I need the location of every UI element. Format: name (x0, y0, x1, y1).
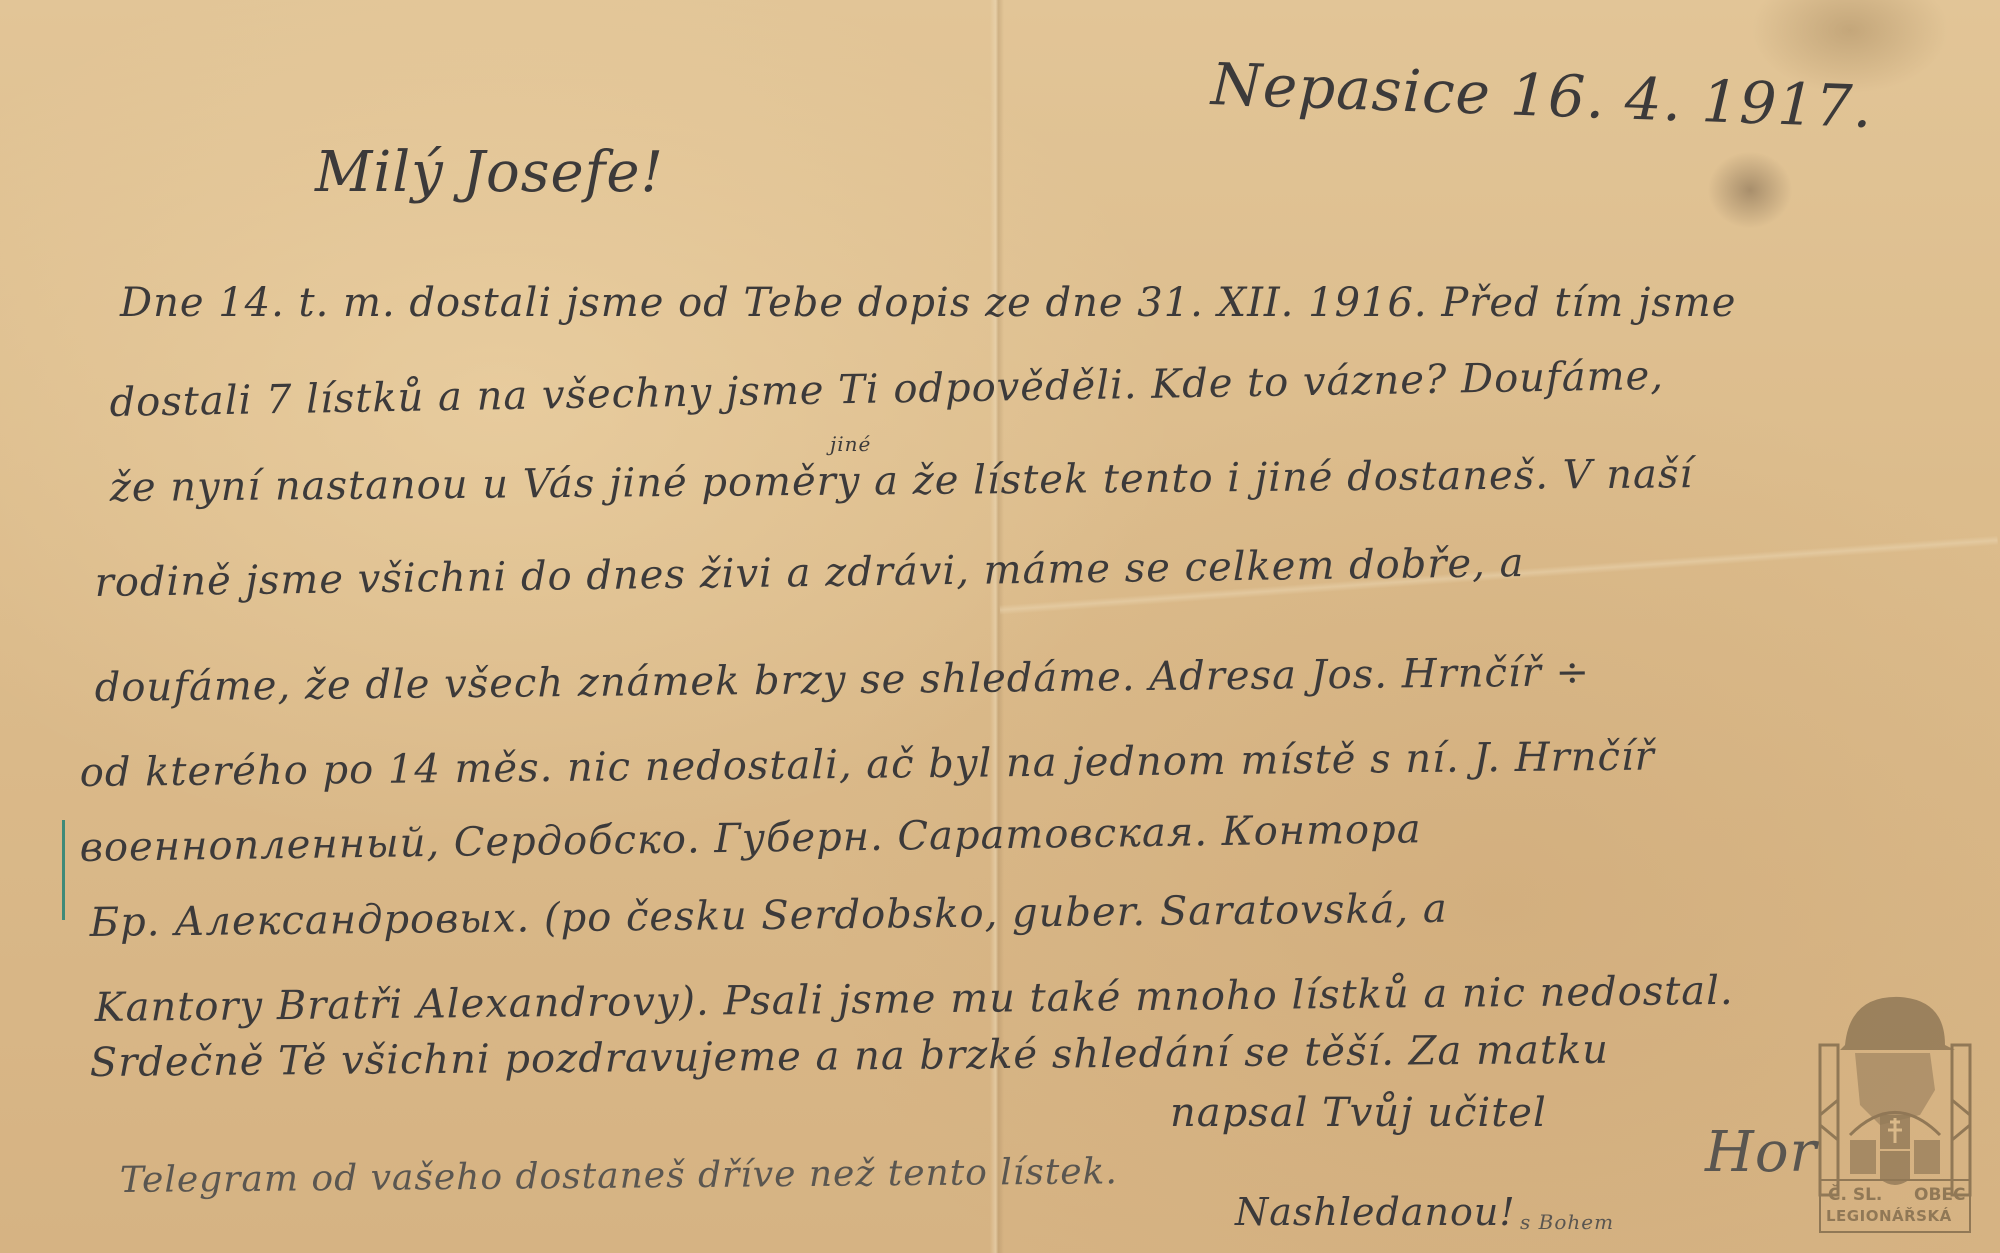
salutation: Milý Josefe! (315, 140, 664, 205)
watermark-line-2: LEGIONÁŘSKÁ (1826, 1207, 1952, 1225)
letter-line-10: Srdečně Tě všichni pozdravujeme a na brz… (90, 1027, 1609, 1086)
letter-line-2: dostali 7 lístků a na všechny jsme Ti od… (109, 353, 1664, 426)
signature: napsal Tvůj učitel (1170, 1090, 1547, 1136)
watermark-line-1-left: Č. SL. (1828, 1185, 1882, 1205)
letter-line-7-cyrillic: военнопленный, Сердобско. Губерн. Сарато… (79, 806, 1421, 871)
legion-watermark-logo: Č. SL. OBEC LEGIONÁŘSKÁ (1810, 975, 1980, 1235)
letter-line-1: Dne 14. t. m. dostali jsme od Tebe dopis… (120, 280, 1736, 326)
letter-line-4: rodině jsme všichni do dnes živi a zdráv… (94, 540, 1524, 606)
farewell-note: s Bohem (1520, 1210, 1614, 1234)
margin-mark (62, 820, 65, 920)
letter-line-8: Бр. Александровых. (po česku Serdobsko, … (90, 886, 1448, 946)
letter-line-11-postscript: Telegram od vašeho dostaneš dříve než te… (120, 1151, 1118, 1201)
letter-line-5: doufáme, že dle všech známek brzy se shl… (95, 649, 1591, 711)
interlinear-insertion: jiné (830, 432, 871, 456)
farewell: Nashledanou! (1235, 1190, 1516, 1234)
place-date: Nepasice 16. 4. 1917. (1210, 50, 1874, 141)
letter-line-9: Kantory Bratři Alexandrovy). Psali jsme … (95, 968, 1734, 1031)
letter-line-6: od kterého po 14 měs. nic nedostali, ač … (80, 734, 1656, 796)
letter-line-3: že nyní nastanou u Vás jiné poměry a že … (110, 451, 1694, 511)
closing-fragment: Hor (1705, 1120, 1817, 1185)
letter-paper: Nepasice 16. 4. 1917. Milý Josefe! Dne 1… (0, 0, 2000, 1253)
watermark-line-1-right: OBEC (1914, 1185, 1966, 1205)
